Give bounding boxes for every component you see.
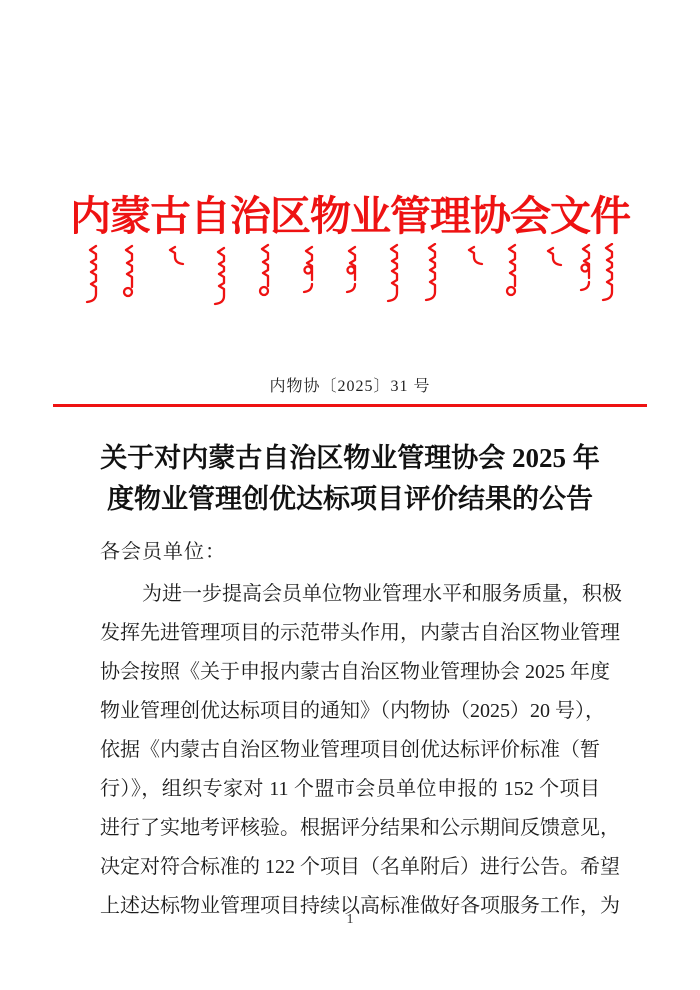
body-text: 为进一步提高会员单位物业管理水平和服务质量，积极 发挥先进管理项目的示范带头作用… xyxy=(100,575,600,926)
document-page: 内蒙古自治区物业管理协会文件 xyxy=(0,0,700,990)
body-line: 为进一步提高会员单位物业管理水平和服务质量，积极 xyxy=(100,575,600,614)
page-number: 1 xyxy=(0,912,700,928)
doc-title: 关于对内蒙古自治区物业管理协会 2025 年 度物业管理创优达标项目评价结果的公… xyxy=(40,438,660,520)
body-line: 协会按照《关于申报内蒙古自治区物业管理协会 2025 年度 xyxy=(100,653,600,692)
body-line: 决定对符合标准的 122 个项目（名单附后）进行公告。希望 xyxy=(100,848,600,887)
mongolian-script-banner xyxy=(78,243,623,307)
red-divider-rule xyxy=(53,404,647,407)
body-line: 行）》，组织专家对 11 个盟市会员单位申报的 152 个项目 xyxy=(100,770,600,809)
doc-title-line1: 关于对内蒙古自治区物业管理协会 2025 年 xyxy=(40,438,660,479)
letterhead-org-title: 内蒙古自治区物业管理协会文件 xyxy=(0,183,700,242)
body-line: 进行了实地考评核验。根据评分结果和公示期间反馈意见， xyxy=(100,809,600,848)
doc-number: 内物协〔2025〕31 号 xyxy=(0,373,700,396)
body-line: 物业管理创优达标项目的通知》（内物协（2025）20 号）， xyxy=(100,692,600,731)
doc-title-line2: 度物业管理创优达标项目评价结果的公告 xyxy=(40,479,660,520)
body-line: 依据《内蒙古自治区物业管理项目创优达标评价标准（暂 xyxy=(100,731,600,770)
salutation: 各会员单位： xyxy=(100,535,226,564)
body-line: 发挥先进管理项目的示范带头作用，内蒙古自治区物业管理 xyxy=(100,614,600,653)
